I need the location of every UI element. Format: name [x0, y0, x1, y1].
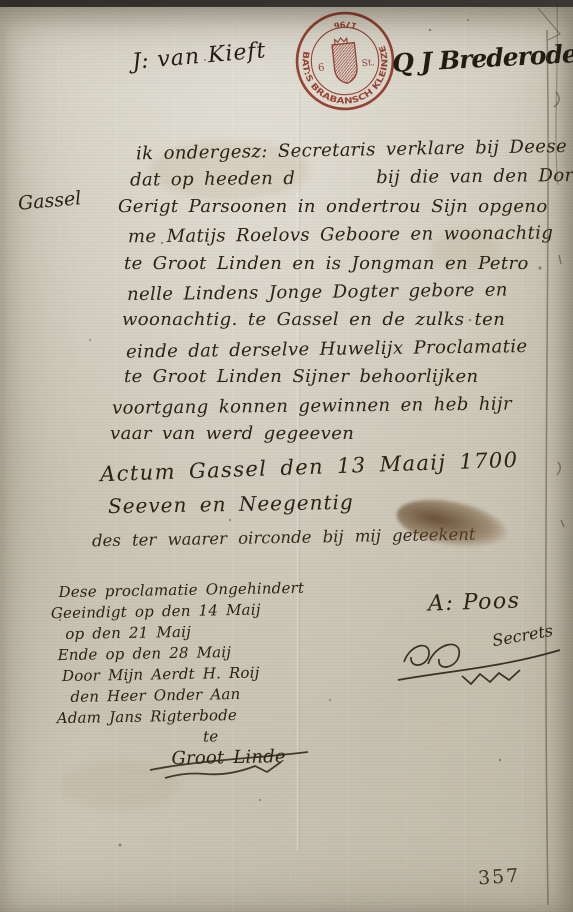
proclamation-note: Dese proclamatie Ongehindert Geeindigt o… [50, 578, 307, 771]
secretary-signature-name: A: Poos [428, 588, 521, 616]
stamp-year: 1796 [333, 18, 359, 34]
body-line: nelle Lindens Jonge Dogter gebore en [127, 275, 573, 310]
body-text: ik ondergesz: Secretaris verklare bij De… [118, 136, 573, 448]
datum-line-2: Seeven en Neegentig [108, 490, 354, 518]
scanned-manuscript: BAT:S BRABANSCH KLEINZEGEL 1796 6 St. J:… [0, 0, 573, 912]
stamp-shield [332, 43, 358, 85]
body-line: te Groot Linden Sijner behoorlijken [124, 363, 573, 391]
body-line: vaar van werd gegeeven [110, 420, 573, 448]
body-line: dat op heeden d bij die van den Dorpe va… [130, 162, 573, 196]
body-line: me Matijs Roelovs Geboore en woonachtig [128, 219, 573, 252]
body-line: einde dat derselve Huwelijx Proclamatie [126, 331, 573, 367]
note-line: Dese proclamatie Ongehindert [58, 578, 304, 603]
body-line: woonachtig. te Gassel en de zulks ten [122, 306, 573, 334]
note-line: te [203, 725, 307, 748]
body-line: voortgang konnen gewinnen en heb hijr [112, 389, 573, 423]
revenue-stamp: BAT:S BRABANSCH KLEINZEGEL 1796 6 St. [289, 5, 401, 117]
body-line: Gerigt Parsoonen in ondertrou Sijn opgen… [118, 193, 573, 221]
svg-text:1796: 1796 [333, 18, 359, 34]
stamp-graphic: BAT:S BRABANSCH KLEINZEGEL 1796 6 St. [289, 5, 401, 117]
stamp-denomination-right: St. [361, 57, 375, 69]
note-line: Groot Linde [171, 746, 307, 769]
page-number: 357 [477, 865, 521, 890]
stamp-denomination-left: 6 [318, 62, 326, 74]
body-line: te Groot Linden en is Jongman en Petro [124, 250, 573, 278]
